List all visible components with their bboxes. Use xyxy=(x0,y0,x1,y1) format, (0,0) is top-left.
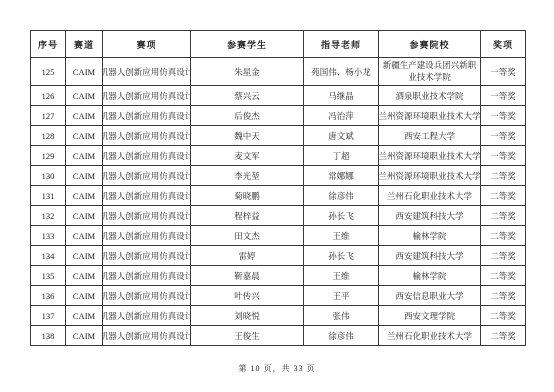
cell-college: 榆林学院 xyxy=(379,226,481,246)
cell-text-college: 榆林学院 xyxy=(379,266,480,285)
cell-award: 二等奖 xyxy=(481,226,526,246)
cell-text-teacher: 王维 xyxy=(304,266,378,285)
table-row: 127CAIM机器人创新应用仿真设计后俊杰冯治萍兰州资源环境职业技术大学一等奖 xyxy=(31,106,526,126)
cell-award: 二等奖 xyxy=(481,246,526,266)
cell-text-award: 二等奖 xyxy=(481,206,525,225)
cell-text-student: 蔡兴云 xyxy=(191,86,303,105)
cell-text-teacher: 王平 xyxy=(304,286,378,305)
cell-text-award: 二等奖 xyxy=(481,226,525,245)
column-header-award: 奖项 xyxy=(481,31,526,58)
cell-text-college: 兰州资源环境职业技术大学 xyxy=(379,106,480,125)
cell-text-track: CAIM xyxy=(66,206,102,225)
cell-text-teacher: 孙长飞 xyxy=(304,246,378,265)
cell-text-no: 130 xyxy=(31,166,65,185)
cell-college: 新疆生产建设兵团兴新职业技术学院 xyxy=(379,58,481,86)
cell-text-college: 兰州石化职业技术大学 xyxy=(379,186,480,205)
cell-text-student: 后俊杰 xyxy=(191,106,303,125)
cell-text-event: 机器人创新应用仿真设计 xyxy=(103,146,190,165)
cell-award: 一等奖 xyxy=(481,126,526,146)
cell-text-event: 机器人创新应用仿真设计 xyxy=(103,186,190,205)
cell-track: CAIM xyxy=(66,266,103,286)
cell-teacher: 丁超 xyxy=(304,146,379,166)
cell-text-track: CAIM xyxy=(66,58,102,85)
cell-text-student: 李光堃 xyxy=(191,166,303,185)
cell-text-student: 雷婷 xyxy=(191,246,303,265)
table-row: 130CAIM机器人创新应用仿真设计李光堃常娜娜兰州资源环境职业技术大学二等奖 xyxy=(31,166,526,186)
table-row: 136CAIM机器人创新应用仿真设计叶传兴王平西安信息职业大学二等奖 xyxy=(31,286,526,306)
cell-track: CAIM xyxy=(66,86,103,106)
cell-text-no: 138 xyxy=(31,326,65,345)
cell-student: 雷婷 xyxy=(191,246,304,266)
cell-text-no: 132 xyxy=(31,206,65,225)
cell-text-college: 酒泉职业技术学院 xyxy=(379,86,480,105)
table-body: 125CAIM机器人创新应用仿真设计朱星金苑国伟、杨小龙新疆生产建设兵团兴新职业… xyxy=(31,58,526,346)
cell-track: CAIM xyxy=(66,306,103,326)
cell-no: 133 xyxy=(31,226,66,246)
cell-award: 二等奖 xyxy=(481,286,526,306)
cell-no: 125 xyxy=(31,58,66,86)
cell-event: 机器人创新应用仿真设计 xyxy=(103,146,191,166)
cell-no: 127 xyxy=(31,106,66,126)
cell-college: 酒泉职业技术学院 xyxy=(379,86,481,106)
cell-text-event: 机器人创新应用仿真设计 xyxy=(103,286,190,305)
cell-text-event: 机器人创新应用仿真设计 xyxy=(103,106,190,125)
cell-text-college: 新疆生产建设兵团兴新职业技术学院 xyxy=(379,58,480,85)
cell-text-student: 魏中天 xyxy=(191,126,303,145)
cell-text-no: 126 xyxy=(31,86,65,105)
cell-text-college: 西安信息职业大学 xyxy=(379,286,480,305)
column-header-college: 参赛院校 xyxy=(379,31,481,58)
cell-text-teacher: 徐彦伟 xyxy=(304,326,378,345)
table-row: 135CAIM机器人创新应用仿真设计靳嘉晨王维榆林学院二等奖 xyxy=(31,266,526,286)
cell-award: 一等奖 xyxy=(481,106,526,126)
table-row: 129CAIM机器人创新应用仿真设计麦文军丁超兰州资源环境职业技术大学一等奖 xyxy=(31,146,526,166)
cell-no: 126 xyxy=(31,86,66,106)
cell-college: 西安建筑科技大学 xyxy=(379,206,481,226)
cell-text-teacher: 王维 xyxy=(304,226,378,245)
cell-track: CAIM xyxy=(66,186,103,206)
column-header-track: 赛道 xyxy=(66,31,103,58)
table-row: 125CAIM机器人创新应用仿真设计朱星金苑国伟、杨小龙新疆生产建设兵团兴新职业… xyxy=(31,58,526,86)
cell-text-student: 王俊生 xyxy=(191,326,303,345)
cell-teacher: 唐文斌 xyxy=(304,126,379,146)
cell-track: CAIM xyxy=(66,206,103,226)
cell-text-track: CAIM xyxy=(66,266,102,285)
cell-award: 二等奖 xyxy=(481,206,526,226)
cell-college: 兰州资源环境职业技术大学 xyxy=(379,106,481,126)
cell-event: 机器人创新应用仿真设计 xyxy=(103,166,191,186)
cell-track: CAIM xyxy=(66,226,103,246)
cell-teacher: 王维 xyxy=(304,226,379,246)
cell-text-event: 机器人创新应用仿真设计 xyxy=(103,86,190,105)
cell-text-no: 136 xyxy=(31,286,65,305)
cell-text-track: CAIM xyxy=(66,86,102,105)
cell-event: 机器人创新应用仿真设计 xyxy=(103,266,191,286)
cell-text-award: 一等奖 xyxy=(481,86,525,105)
cell-text-student: 靳嘉晨 xyxy=(191,266,303,285)
cell-college: 兰州资源环境职业技术大学 xyxy=(379,146,481,166)
cell-event: 机器人创新应用仿真设计 xyxy=(103,126,191,146)
cell-text-no: 127 xyxy=(31,106,65,125)
cell-student: 麦文军 xyxy=(191,146,304,166)
cell-text-student: 田文杰 xyxy=(191,226,303,245)
cell-award: 二等奖 xyxy=(481,186,526,206)
column-header-event: 赛项 xyxy=(103,31,191,58)
cell-text-college: 兰州石化职业技术大学 xyxy=(379,326,480,345)
cell-event: 机器人创新应用仿真设计 xyxy=(103,86,191,106)
cell-text-no: 137 xyxy=(31,306,65,325)
cell-student: 蔡兴云 xyxy=(191,86,304,106)
cell-no: 134 xyxy=(31,246,66,266)
cell-text-no: 133 xyxy=(31,226,65,245)
cell-text-award: 一等奖 xyxy=(481,126,525,145)
cell-award: 二等奖 xyxy=(481,306,526,326)
cell-text-award: 一等奖 xyxy=(481,146,525,165)
cell-text-event: 机器人创新应用仿真设计 xyxy=(103,166,190,185)
cell-text-teacher: 丁超 xyxy=(304,146,378,165)
cell-student: 后俊杰 xyxy=(191,106,304,126)
cell-text-no: 134 xyxy=(31,246,65,265)
column-header-no: 序号 xyxy=(31,31,66,58)
cell-event: 机器人创新应用仿真设计 xyxy=(103,286,191,306)
cell-text-event: 机器人创新应用仿真设计 xyxy=(103,126,190,145)
cell-teacher: 孙长飞 xyxy=(304,206,379,226)
column-header-teacher: 指导老师 xyxy=(304,31,379,58)
cell-teacher: 徐彦伟 xyxy=(304,186,379,206)
table-row: 138CAIM机器人创新应用仿真设计王俊生徐彦伟兰州石化职业技术大学二等奖 xyxy=(31,326,526,346)
cell-college: 兰州石化职业技术大学 xyxy=(379,326,481,346)
table-row: 134CAIM机器人创新应用仿真设计雷婷孙长飞西安建筑科技大学二等奖 xyxy=(31,246,526,266)
cell-college: 西安文理学院 xyxy=(379,306,481,326)
cell-teacher: 张伟 xyxy=(304,306,379,326)
table-row: 133CAIM机器人创新应用仿真设计田文杰王维榆林学院二等奖 xyxy=(31,226,526,246)
cell-award: 二等奖 xyxy=(481,266,526,286)
cell-text-teacher: 苑国伟、杨小龙 xyxy=(304,58,378,85)
cell-text-track: CAIM xyxy=(66,326,102,345)
cell-student: 王俊生 xyxy=(191,326,304,346)
cell-no: 136 xyxy=(31,286,66,306)
cell-text-event: 机器人创新应用仿真设计 xyxy=(103,306,190,325)
cell-no: 131 xyxy=(31,186,66,206)
cell-text-no: 135 xyxy=(31,266,65,285)
cell-college: 西安建筑科技大学 xyxy=(379,246,481,266)
cell-text-no: 131 xyxy=(31,186,65,205)
cell-award: 二等奖 xyxy=(481,166,526,186)
cell-text-college: 西安工程大学 xyxy=(379,126,480,145)
cell-track: CAIM xyxy=(66,58,103,86)
cell-text-award: 一等奖 xyxy=(481,106,525,125)
cell-teacher: 徐彦伟 xyxy=(304,326,379,346)
cell-text-track: CAIM xyxy=(66,186,102,205)
cell-text-student: 菊晓鹏 xyxy=(191,186,303,205)
cell-event: 机器人创新应用仿真设计 xyxy=(103,106,191,126)
cell-no: 132 xyxy=(31,206,66,226)
cell-student: 田文杰 xyxy=(191,226,304,246)
cell-teacher: 苑国伟、杨小龙 xyxy=(304,58,379,86)
cell-text-event: 机器人创新应用仿真设计 xyxy=(103,326,190,345)
cell-student: 叶传兴 xyxy=(191,286,304,306)
cell-no: 129 xyxy=(31,146,66,166)
cell-event: 机器人创新应用仿真设计 xyxy=(103,186,191,206)
cell-text-track: CAIM xyxy=(66,246,102,265)
cell-text-award: 二等奖 xyxy=(481,306,525,325)
cell-text-track: CAIM xyxy=(66,166,102,185)
cell-text-award: 二等奖 xyxy=(481,326,525,345)
cell-text-college: 榆林学院 xyxy=(379,226,480,245)
cell-award: 一等奖 xyxy=(481,86,526,106)
cell-text-student: 程梓益 xyxy=(191,206,303,225)
cell-no: 135 xyxy=(31,266,66,286)
cell-text-track: CAIM xyxy=(66,106,102,125)
cell-student: 靳嘉晨 xyxy=(191,266,304,286)
cell-text-track: CAIM xyxy=(66,146,102,165)
cell-student: 程梓益 xyxy=(191,206,304,226)
cell-text-teacher: 马继晶 xyxy=(304,86,378,105)
cell-text-teacher: 常娜娜 xyxy=(304,166,378,185)
cell-award: 一等奖 xyxy=(481,146,526,166)
table-row: 128CAIM机器人创新应用仿真设计魏中天唐文斌西安工程大学一等奖 xyxy=(31,126,526,146)
cell-text-student: 麦文军 xyxy=(191,146,303,165)
cell-text-award: 二等奖 xyxy=(481,266,525,285)
cell-text-event: 机器人创新应用仿真设计 xyxy=(103,226,190,245)
column-header-student: 参赛学生 xyxy=(191,31,304,58)
cell-track: CAIM xyxy=(66,166,103,186)
cell-event: 机器人创新应用仿真设计 xyxy=(103,246,191,266)
cell-award: 一等奖 xyxy=(481,58,526,86)
cell-no: 128 xyxy=(31,126,66,146)
cell-text-track: CAIM xyxy=(66,306,102,325)
cell-text-no: 129 xyxy=(31,146,65,165)
cell-college: 西安工程大学 xyxy=(379,126,481,146)
cell-text-student: 刘晓悦 xyxy=(191,306,303,325)
cell-text-teacher: 孙长飞 xyxy=(304,206,378,225)
cell-event: 机器人创新应用仿真设计 xyxy=(103,306,191,326)
cell-text-event: 机器人创新应用仿真设计 xyxy=(103,266,190,285)
cell-text-college: 兰州资源环境职业技术大学 xyxy=(379,146,480,165)
cell-text-track: CAIM xyxy=(66,226,102,245)
cell-college: 兰州资源环境职业技术大学 xyxy=(379,166,481,186)
cell-text-college: 西安建筑科技大学 xyxy=(379,246,480,265)
table-row: 137CAIM机器人创新应用仿真设计刘晓悦张伟西安文理学院二等奖 xyxy=(31,306,526,326)
results-page: 序号赛道赛项参赛学生指导老师参赛院校奖项 125CAIM机器人创新应用仿真设计朱… xyxy=(0,0,554,392)
cell-text-teacher: 张伟 xyxy=(304,306,378,325)
table-row: 132CAIM机器人创新应用仿真设计程梓益孙长飞西安建筑科技大学二等奖 xyxy=(31,206,526,226)
cell-no: 138 xyxy=(31,326,66,346)
cell-text-teacher: 冯治萍 xyxy=(304,106,378,125)
cell-text-no: 128 xyxy=(31,126,65,145)
cell-student: 朱星金 xyxy=(191,58,304,86)
cell-event: 机器人创新应用仿真设计 xyxy=(103,206,191,226)
cell-no: 130 xyxy=(31,166,66,186)
table-row: 131CAIM机器人创新应用仿真设计菊晓鹏徐彦伟兰州石化职业技术大学二等奖 xyxy=(31,186,526,206)
cell-award: 二等奖 xyxy=(481,326,526,346)
cell-text-award: 二等奖 xyxy=(481,246,525,265)
cell-teacher: 常娜娜 xyxy=(304,166,379,186)
cell-text-award: 二等奖 xyxy=(481,286,525,305)
cell-event: 机器人创新应用仿真设计 xyxy=(103,58,191,86)
cell-text-event: 机器人创新应用仿真设计 xyxy=(103,58,190,85)
cell-teacher: 马继晶 xyxy=(304,86,379,106)
cell-text-award: 一等奖 xyxy=(481,58,525,85)
table-header-row: 序号赛道赛项参赛学生指导老师参赛院校奖项 xyxy=(31,31,526,58)
cell-text-no: 125 xyxy=(31,58,65,85)
cell-college: 榆林学院 xyxy=(379,266,481,286)
cell-college: 西安信息职业大学 xyxy=(379,286,481,306)
cell-text-college: 西安文理学院 xyxy=(379,306,480,325)
table-row: 126CAIM机器人创新应用仿真设计蔡兴云马继晶酒泉职业技术学院一等奖 xyxy=(31,86,526,106)
cell-student: 魏中天 xyxy=(191,126,304,146)
cell-track: CAIM xyxy=(66,246,103,266)
cell-college: 兰州石化职业技术大学 xyxy=(379,186,481,206)
cell-teacher: 王维 xyxy=(304,266,379,286)
cell-track: CAIM xyxy=(66,146,103,166)
cell-text-event: 机器人创新应用仿真设计 xyxy=(103,206,190,225)
cell-text-track: CAIM xyxy=(66,126,102,145)
cell-text-teacher: 徐彦伟 xyxy=(304,186,378,205)
cell-text-college: 西安建筑科技大学 xyxy=(379,206,480,225)
cell-text-college: 兰州资源环境职业技术大学 xyxy=(379,166,480,185)
cell-text-student: 朱星金 xyxy=(191,58,303,85)
cell-text-student: 叶传兴 xyxy=(191,286,303,305)
cell-text-track: CAIM xyxy=(66,286,102,305)
results-table: 序号赛道赛项参赛学生指导老师参赛院校奖项 125CAIM机器人创新应用仿真设计朱… xyxy=(30,30,526,346)
cell-event: 机器人创新应用仿真设计 xyxy=(103,226,191,246)
cell-student: 李光堃 xyxy=(191,166,304,186)
cell-text-event: 机器人创新应用仿真设计 xyxy=(103,246,190,265)
cell-student: 菊晓鹏 xyxy=(191,186,304,206)
cell-student: 刘晓悦 xyxy=(191,306,304,326)
page-indicator: 第 10 页，共 33 页 xyxy=(0,363,554,374)
cell-text-award: 二等奖 xyxy=(481,186,525,205)
cell-teacher: 王平 xyxy=(304,286,379,306)
cell-teacher: 冯治萍 xyxy=(304,106,379,126)
cell-track: CAIM xyxy=(66,286,103,306)
cell-text-teacher: 唐文斌 xyxy=(304,126,378,145)
cell-track: CAIM xyxy=(66,106,103,126)
cell-track: CAIM xyxy=(66,326,103,346)
cell-no: 137 xyxy=(31,306,66,326)
cell-teacher: 孙长飞 xyxy=(304,246,379,266)
cell-text-award: 二等奖 xyxy=(481,166,525,185)
cell-event: 机器人创新应用仿真设计 xyxy=(103,326,191,346)
cell-track: CAIM xyxy=(66,126,103,146)
